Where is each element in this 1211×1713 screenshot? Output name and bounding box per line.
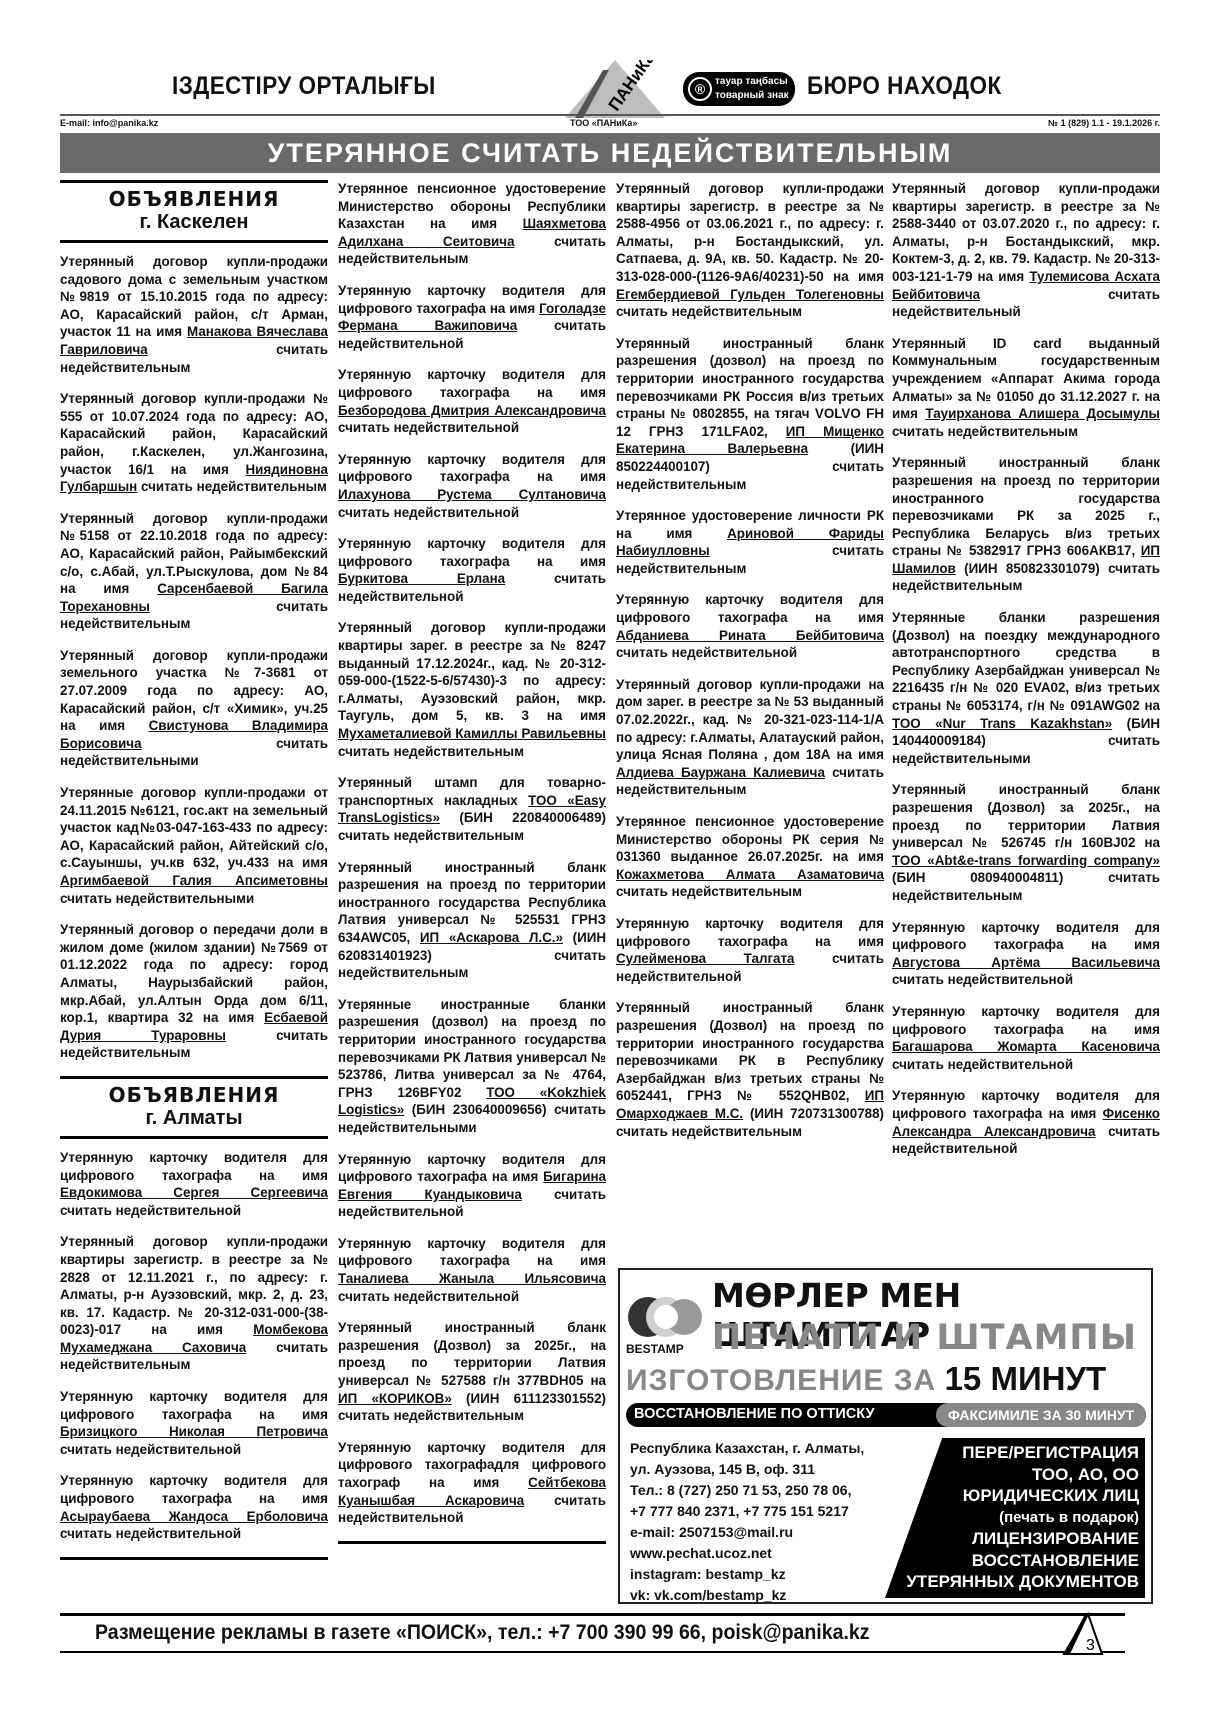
registered-icon: ® xyxy=(688,77,712,101)
classified-ad: Утерянный иностранный бланк разрешения (… xyxy=(338,1319,606,1425)
owner-name: Безбородова Дмитрия Александровича xyxy=(338,403,606,418)
classified-ad: Утерянный иностранный бланк разрешения н… xyxy=(892,454,1160,595)
section-city: г. Каскелен xyxy=(60,211,328,234)
owner-name: Таналиева Жаныла Ильясовича xyxy=(338,1271,606,1286)
service-line: ЛИЦЕНЗИРОВАНИЕ xyxy=(906,1528,1139,1550)
owner-name: Тауирханова Алишера Досымулы xyxy=(925,406,1160,421)
owner-name: Августова Артёма Васильевича xyxy=(892,955,1160,970)
column-2: Утерянное пенсионное удостоверение Минис… xyxy=(338,180,606,1544)
classified-ad: Утерянный иностранный бланк разрешения н… xyxy=(338,859,606,982)
classified-ad: Утерянную карточку водителя для цифровог… xyxy=(338,366,606,436)
owner-name: Буркитова Ерлана xyxy=(338,571,505,586)
classified-ad: Утерянный договор купли-продажи №5158 от… xyxy=(60,510,328,633)
classified-ad: Утерянный договор купли-продажи № 555 от… xyxy=(60,390,328,496)
contact-line: +7 777 840 2371, +7 775 151 5217 xyxy=(630,1501,864,1522)
ad-restoration-pill: ВОССТАНОВЛЕНИЕ ПО ОТТИСКУ ФАКСИМИЛЕ ЗА 3… xyxy=(626,1403,1146,1427)
trademark-ru: товарный знак xyxy=(715,90,789,101)
owner-name: Бризицкого Николая Петровича xyxy=(60,1424,328,1439)
classified-ad: Утерянный иностранный бланк разрешения (… xyxy=(892,781,1160,904)
owner-name: Евдокимова Сергея Сергеевича xyxy=(60,1185,328,1200)
ad-production-time: ИЗГОТОВЛЕНИЕ ЗА 15 МИНУТ xyxy=(626,1360,1106,1398)
classified-ad: Утерянную карточку водителя для цифровог… xyxy=(338,451,606,521)
email-label: E-mail: info@panika.kz xyxy=(60,118,158,128)
footer: Размещение рекламы в газете «ПОИСК», тел… xyxy=(60,1613,1160,1655)
bestamp-advertisement: BESTAMP МӨРЛЕР МЕН ШТАМПТАР ПЕЧАТИ И ШТА… xyxy=(618,1268,1153,1604)
classified-ad: Утерянную карточку водителя для цифровог… xyxy=(338,1235,606,1305)
service-line: ПЕРЕ/РЕГИСТРАЦИЯ xyxy=(906,1442,1139,1464)
contact-website: www.pechat.ucoz.net xyxy=(630,1543,864,1564)
column-end-rule xyxy=(338,1541,606,1544)
owner-name: Илахунова Рустема Султановича xyxy=(338,487,606,502)
classified-ad: Утерянный договор о передачи доли в жило… xyxy=(60,921,328,1062)
classified-ad: Утерянный договор купли-продажи садового… xyxy=(60,253,328,376)
classified-ad: Утерянный договор купли-продажи квартиры… xyxy=(616,180,884,321)
classified-ad: Утерянную карточку водителя для цифровог… xyxy=(892,919,1160,989)
column-end-rule xyxy=(60,1557,328,1560)
ads-list-almaty: Утерянную карточку водителя для цифровог… xyxy=(60,1149,328,1543)
owner-name: Алдиева Бауржана Калиевича xyxy=(616,765,825,780)
contact-instagram: instagram: bestamp_kz xyxy=(630,1564,864,1585)
owner-name: Асыраубаева Жандоса Ерболовича xyxy=(60,1509,328,1524)
classified-ad: Утерянные договор купли-продажи от 24.11… xyxy=(60,784,328,907)
ad-headline-ru: ПЕЧАТИ И ШТАМПЫ xyxy=(712,1318,1137,1358)
ads-list-col3: Утерянный договор купли-продажи квартиры… xyxy=(616,180,884,1140)
facsimile-label: ФАКСИМИЛЕ ЗА 30 МИНУТ xyxy=(936,1403,1146,1427)
restoration-label: ВОССТАНОВЛЕНИЕ ПО ОТТИСКУ xyxy=(634,1406,875,1422)
owner-name: ИП «КОРИКОВ» xyxy=(338,1391,452,1406)
owner-name: Кожахметова Алмата Азаматовича xyxy=(616,867,884,882)
service-line: ТОО, АО, ОО xyxy=(906,1464,1139,1486)
ad-contacts: Республика Казахстан, г. Алматы, ул. Ауэ… xyxy=(630,1438,864,1606)
section-title: ОБЪЯВЛЕНИЯ xyxy=(60,1083,328,1107)
contact-line: Тел.: 8 (727) 250 71 53, 250 78 06, xyxy=(630,1480,864,1501)
contact-vk: vk: vk.com/bestamp_kz xyxy=(630,1585,864,1606)
classified-ad: Утерянное удостоверение личности РК на и… xyxy=(616,507,884,577)
classified-ad: Утерянный ID card выданный Коммунальным … xyxy=(892,335,1160,441)
classified-ad: Утерянный иностранный бланк разрешения (… xyxy=(616,999,884,1140)
publisher-label: ТОО «ПАНиКа» xyxy=(570,118,637,128)
owner-name: Абданиева Рината Бейбитовича xyxy=(616,628,884,643)
panika-logo-icon: ПАНиКа xyxy=(565,60,665,118)
classified-ad: Утерянное пенсионное удостоверение Минис… xyxy=(616,813,884,901)
classified-ad: Утерянное пенсионное удостоверение Минис… xyxy=(338,180,606,268)
service-line: УТЕРЯННЫХ ДОКУМЕНТОВ xyxy=(906,1571,1139,1593)
section-city: г. Алматы xyxy=(60,1107,328,1130)
classified-ad: Утерянный договор купли-продажи квартиры… xyxy=(60,1233,328,1374)
ad-services: ПЕРЕ/РЕГИСТРАЦИЯ ТОО, АО, ОО ЮРИДИЧЕСКИХ… xyxy=(885,1438,1145,1598)
classified-ad: Утерянные бланки разрешения (Дозвол) на … xyxy=(892,609,1160,767)
classified-ad: Утерянную карточку водителя для цифровог… xyxy=(338,1439,606,1527)
ads-list-col4: Утерянный договор купли-продажи квартиры… xyxy=(892,180,1160,1158)
issue-label: № 1 (829) 1.1 - 19.1.2026 г. xyxy=(1048,118,1160,128)
classified-ad: Утерянную карточку водителя для цифровог… xyxy=(616,915,884,985)
classified-ad: Утерянную карточку водителя для цифровог… xyxy=(892,1087,1160,1157)
trademark-kz: тауар таңбасы xyxy=(715,76,788,87)
classified-ad: Утерянный договор купли-продажи на дом з… xyxy=(616,676,884,799)
masthead-rule xyxy=(60,114,1160,116)
classified-ad: Утерянный договор купли-продажи квартиры… xyxy=(892,180,1160,321)
classified-ad: Утерянную карточку водителя для цифровог… xyxy=(338,282,606,352)
service-line: ЮРИДИЧЕСКИХ ЛИЦ xyxy=(906,1485,1139,1507)
classified-ad: Утерянный договор купли-продажи земельно… xyxy=(60,647,328,770)
trademark-badge: ® тауар таңбасы товарный знак xyxy=(683,72,795,106)
owner-name: Багашарова Жомарта Касеновича xyxy=(892,1039,1160,1054)
owner-name: ТОО «Abt&e-trans forwarding company» xyxy=(892,853,1160,868)
ads-list-kaskelen: Утерянный договор купли-продажи садового… xyxy=(60,253,328,1062)
service-line: ВОССТАНОВЛЕНИЕ xyxy=(906,1550,1139,1572)
contact-line: Республика Казахстан, г. Алматы, xyxy=(630,1438,864,1459)
owner-name: Аргимбаевой Галия Апсиметовны xyxy=(60,873,328,888)
ads-list-col2: Утерянное пенсионное удостоверение Минис… xyxy=(338,180,606,1527)
classified-ad: Утерянную карточку водителя для цифровог… xyxy=(60,1149,328,1219)
masthead-left-title: ІЗДЕСТІРУ ОРТАЛЫҒЫ xyxy=(172,72,436,101)
owner-name: ТОО «Nur Trans Kazakhstan» xyxy=(892,716,1112,731)
page-number-triangle-icon: 3 xyxy=(1060,1612,1104,1656)
classified-ad: Утерянные иностранные бланки разрешения … xyxy=(338,996,606,1137)
classified-ad: Утерянную карточку водителя для цифровог… xyxy=(338,535,606,605)
column-1: ОБЪЯВЛЕНИЯ г. Каскелен Утерянный договор… xyxy=(60,180,328,1560)
classified-ad: Утерянный штамп для товарно-транспортных… xyxy=(338,774,606,844)
page-banner: УТЕРЯННОЕ СЧИТАТЬ НЕДЕЙСТВИТЕЛЬНЫМ xyxy=(60,133,1160,173)
column-4: Утерянный договор купли-продажи квартиры… xyxy=(892,180,1160,1172)
service-line: (печать в подарок) xyxy=(906,1507,1139,1529)
classified-ad: Утерянную карточку водителя для цифровог… xyxy=(60,1388,328,1458)
classified-ad: Утерянный иностранный бланк разрешения (… xyxy=(616,335,884,493)
classified-ad: Утерянный договор купли-продажи квартиры… xyxy=(338,619,606,760)
column-3: Утерянный договор купли-продажи квартиры… xyxy=(616,180,884,1154)
footer-advertising-info: Размещение рекламы в газете «ПОИСК», тел… xyxy=(95,1621,870,1645)
svg-text:3: 3 xyxy=(1086,1637,1095,1654)
classified-ad: Утерянную карточку водителя для цифровог… xyxy=(338,1151,606,1221)
owner-name: ИП «Аскарова Л.С.» xyxy=(420,930,563,945)
section-header-almaty: ОБЪЯВЛЕНИЯ г. Алматы xyxy=(60,1076,328,1139)
ad-brand: BESTAMP xyxy=(626,1342,684,1356)
contact-line: ул. Ауэзова, 145 В, оф. 311 xyxy=(630,1459,864,1480)
classified-ad: Утерянную карточку водителя для цифровог… xyxy=(60,1472,328,1542)
owner-name: Сулейменова Талгата xyxy=(616,951,795,966)
classified-ad: Утерянную карточку водителя для цифровог… xyxy=(616,591,884,661)
section-title: ОБЪЯВЛЕНИЯ xyxy=(60,187,328,211)
owner-name: Егембердиевой Гульден Толегеновны xyxy=(616,287,884,302)
owner-name: Мухаметалиевой Камиллы Равильевны xyxy=(338,726,606,741)
contact-email: e-mail: 2507153@mail.ru xyxy=(630,1522,864,1543)
classified-ad: Утерянную карточку водителя для цифровог… xyxy=(892,1003,1160,1073)
section-header-kaskelen: ОБЪЯВЛЕНИЯ г. Каскелен xyxy=(60,180,328,243)
masthead-right-title: БЮРО НАХОДОК xyxy=(807,72,1002,101)
